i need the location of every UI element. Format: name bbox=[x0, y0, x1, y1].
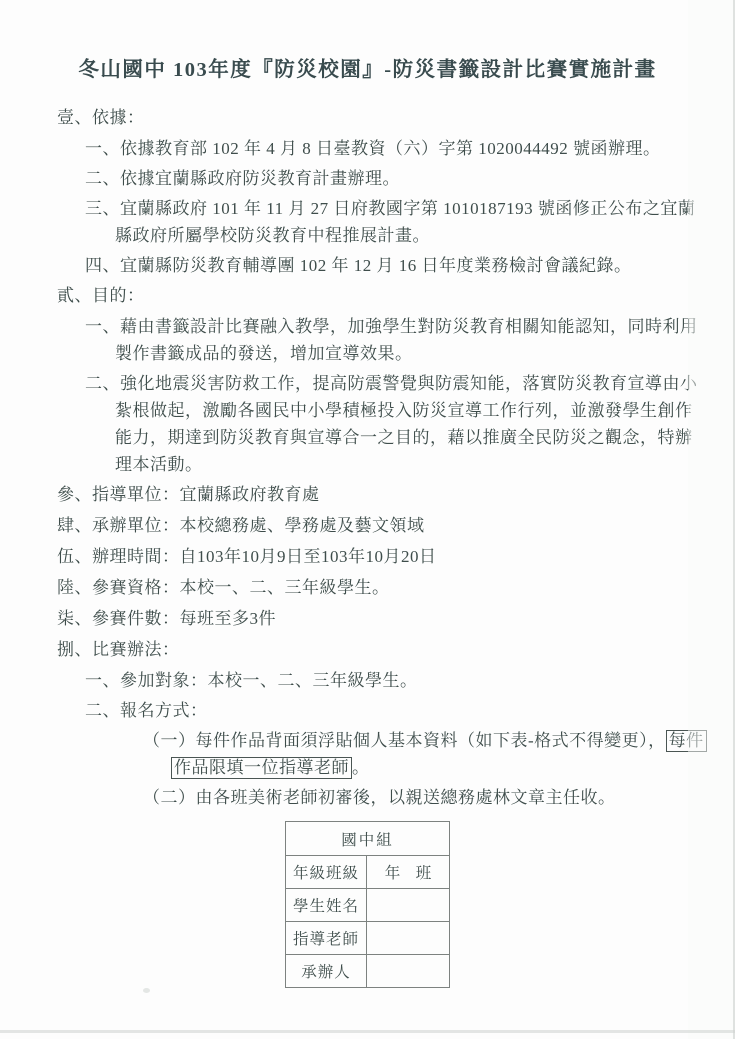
line-text: 。 bbox=[352, 758, 370, 777]
document-title: 冬山國中 103年度『防災校園』-防災書籤設計比賽實施計畫 bbox=[0, 55, 735, 85]
table-cell-label: 年級班級 bbox=[286, 856, 367, 889]
doc-line: 紮根做起，激勵各國民中小學積極投入防災宣導工作行列，並激發學生創作 bbox=[115, 400, 735, 422]
doc-line: 二、報名方式： bbox=[85, 700, 735, 722]
section-heading-purpose: 貳、目的： bbox=[57, 285, 735, 307]
table-row: 指導老師 bbox=[286, 922, 450, 955]
registration-table: 國中組 年級班級 年 班 學生姓名 指導老師 承辦人 bbox=[285, 821, 450, 988]
table-cell-value bbox=[367, 955, 450, 988]
doc-line: 四、宜蘭縣防災教育輔導團 102 年 12 月 16 日年度業務檢討會議紀錄。 bbox=[85, 255, 735, 277]
doc-line: 理本活動。 bbox=[115, 454, 735, 476]
section-heading-rules: 捌、比賽辦法： bbox=[57, 639, 735, 661]
doc-line: 能力，期達到防災教育與宣導合一之目的，藉以推廣全民防災之觀念，特辦 bbox=[115, 427, 735, 449]
section-heading-organizer: 肆、承辦單位：本校總務處、學務處及藝文領域 bbox=[57, 515, 735, 537]
doc-line: 三、宜蘭縣政府 101 年 11 月 27 日府教國字第 1010187193 … bbox=[85, 198, 735, 220]
table-title-cell: 國中組 bbox=[286, 822, 450, 856]
doc-line: （二）由各班美術老師初審後，以親送總務處林文章主任收。 bbox=[143, 787, 735, 809]
doc-line: 作品限填一位指導老師。 bbox=[171, 757, 735, 779]
doc-line: 二、強化地震災害防救工作，提高防震警覺與防震知能，落實防災教育宣導由小 bbox=[85, 373, 735, 395]
scan-edge-shading bbox=[688, 0, 735, 1039]
doc-line: 一、藉由書籤設計比賽融入教學，加強學生對防災教育相關知能認知，同時利用 bbox=[85, 316, 735, 338]
scanned-document-page: 冬山國中 103年度『防災校園』-防災書籤設計比賽實施計畫 壹、依據： 一、依據… bbox=[0, 0, 735, 1039]
line-text: （一）每件作品背面須浮貼個人基本資料（如下表-格式不得變更）， bbox=[143, 731, 666, 750]
doc-line: 製作書籤成品的發送，增加宣導效果。 bbox=[115, 343, 735, 365]
table-row: 學生姓名 bbox=[286, 889, 450, 922]
doc-line: 縣政府所屬學校防災教育中程推展計畫。 bbox=[115, 225, 735, 247]
section-heading-entry-count: 柒、參賽件數：每班至多3件 bbox=[57, 608, 735, 630]
table-cell-value bbox=[367, 889, 450, 922]
doc-line: （一）每件作品背面須浮貼個人基本資料（如下表-格式不得變更），每件 bbox=[143, 730, 735, 752]
doc-line: 一、依據教育部 102 年 4 月 8 日臺教資（六）字第 1020044492… bbox=[85, 138, 735, 160]
scan-bottom-line bbox=[0, 1030, 735, 1033]
scan-smudge bbox=[143, 988, 150, 993]
section-heading-schedule: 伍、辦理時間：自103年10月9日至103年10月20日 bbox=[57, 546, 735, 568]
doc-line: 二、依據宜蘭縣政府防災教育計畫辦理。 bbox=[85, 168, 735, 190]
document-body: 冬山國中 103年度『防災校園』-防災書籤設計比賽實施計畫 壹、依據： 一、依據… bbox=[0, 0, 735, 988]
table-cell-label: 指導老師 bbox=[286, 922, 367, 955]
section-heading-eligibility: 陸、參賽資格：本校一、二、三年級學生。 bbox=[57, 577, 735, 599]
table-row: 國中組 bbox=[286, 822, 450, 856]
doc-line: 一、參加對象：本校一、二、三年級學生。 bbox=[85, 670, 735, 692]
table-row: 年級班級 年 班 bbox=[286, 856, 450, 889]
table-cell-value: 年 班 bbox=[367, 856, 450, 889]
section-heading-advisor: 參、指導單位：宜蘭縣政府教育處 bbox=[57, 484, 735, 506]
table-cell-label: 學生姓名 bbox=[286, 889, 367, 922]
table-row: 承辦人 bbox=[286, 955, 450, 988]
table-cell-value bbox=[367, 922, 450, 955]
table-cell-label: 承辦人 bbox=[286, 955, 367, 988]
section-heading-basis: 壹、依據： bbox=[57, 107, 735, 129]
boxed-note-end: 作品限填一位指導老師 bbox=[171, 757, 352, 779]
